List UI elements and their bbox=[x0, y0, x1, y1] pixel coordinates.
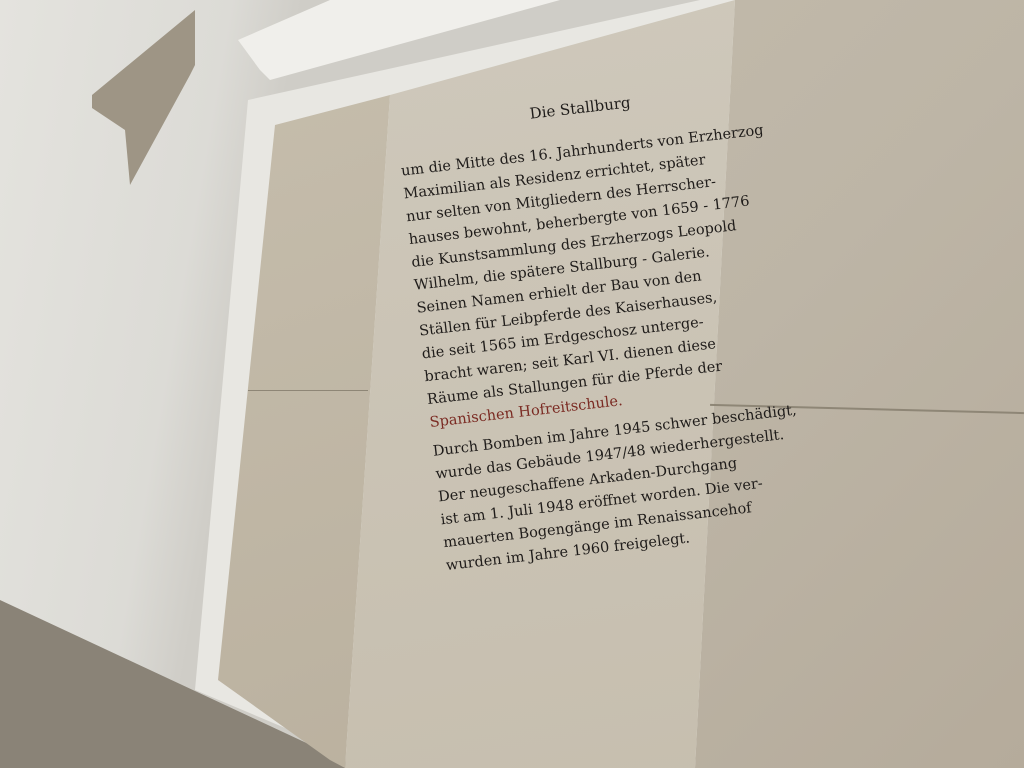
stone-seam bbox=[248, 390, 368, 391]
inscription-text: Die Stallburg um die Mitte des 16. Jahrh… bbox=[395, 81, 775, 578]
